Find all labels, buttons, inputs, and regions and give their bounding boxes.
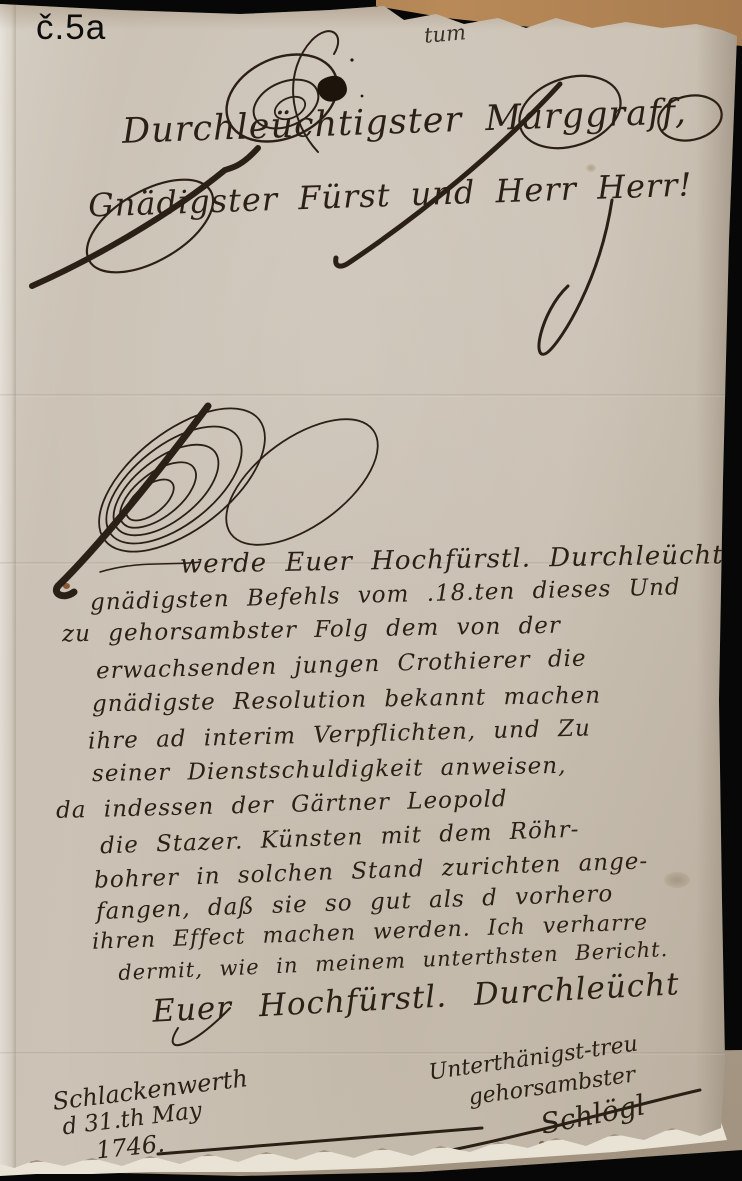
spiral-loop bbox=[98, 427, 234, 552]
header-line-1: Durchleüchtigster Marggraff, bbox=[121, 92, 687, 152]
ink-speck bbox=[350, 58, 353, 61]
letter-page: tum Durchleüchtigster Marggraff, Gnädigs… bbox=[0, 0, 742, 1181]
body-line: da indessen der Gärtner Leopold bbox=[56, 786, 508, 824]
body-line: gnädigsten Befehls vom .18.ten dieses Un… bbox=[90, 574, 681, 615]
left-fold-edge bbox=[0, 0, 16, 1181]
header-line-2: Gnädigster Fürst und Herr Herr! bbox=[88, 165, 693, 224]
docket-note: tum bbox=[423, 20, 467, 48]
spiral-loop bbox=[205, 395, 399, 570]
spiral-loop bbox=[119, 472, 180, 529]
descender-stroke bbox=[539, 200, 612, 354]
body-line: zu gehorsambster Folg dem von der bbox=[62, 613, 561, 648]
ink-spot-stain bbox=[63, 583, 70, 589]
body-line: werde Euer Hochfürstl. Durchleücht bbox=[180, 540, 724, 579]
capital-loop bbox=[72, 161, 228, 292]
ink-speck bbox=[361, 95, 364, 98]
fold-crease bbox=[0, 394, 742, 397]
body-line: gnädigste Resolution bekannt machen bbox=[92, 683, 602, 718]
body-line: erwachsenden jungen Crothierer die bbox=[96, 646, 587, 685]
right-edge-shading bbox=[696, 0, 742, 1181]
spiral-loop bbox=[86, 404, 261, 566]
smudge-stain bbox=[664, 872, 690, 888]
archival-label: č.5a bbox=[36, 8, 106, 48]
ink-blot bbox=[317, 76, 347, 102]
manuscript-photo: tum Durchleüchtigster Marggraff, Gnädigs… bbox=[0, 0, 742, 1181]
body-line: ihre ad interim Verpflichten, und Zu bbox=[88, 715, 591, 754]
spiral-loop bbox=[109, 450, 207, 540]
body-line: seiner Dienstschuldigkeit anweisen, bbox=[92, 753, 567, 787]
